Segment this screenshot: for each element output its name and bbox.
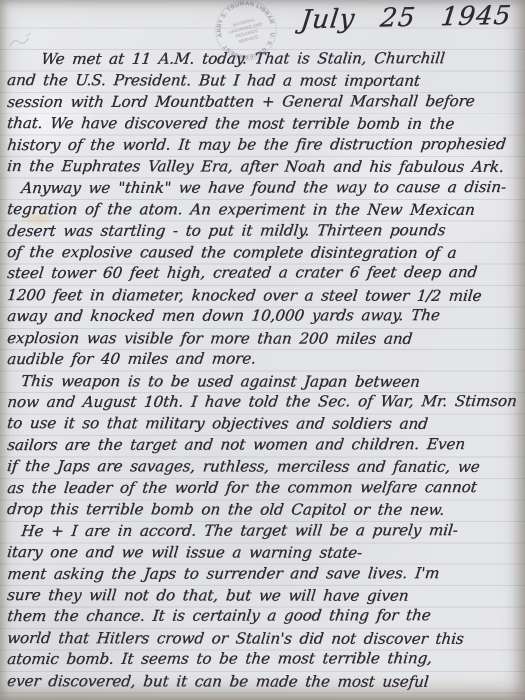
handwritten-line: and the U.S. President. But I had a most… xyxy=(6,70,521,92)
handwritten-line: in the Euphrates Valley Era, after Noah … xyxy=(6,156,521,178)
handwritten-line: ment asking the Japs to surrender and sa… xyxy=(6,562,521,585)
handwritten-line: This weapon is to be used against Japan … xyxy=(6,371,521,393)
handwritten-line: sure they will not do that, but we will … xyxy=(6,585,521,607)
handwritten-line: explosion was visible for more than 200 … xyxy=(6,328,521,350)
letter-paper: HARRY S. TRUMAN LIBRARY U. S. GOVERNMENT… xyxy=(0,0,525,700)
handwritten-line: atomic bomb. It seems to be the most ter… xyxy=(6,648,521,671)
handwritten-line: session with Lord Mountbatten + General … xyxy=(6,91,521,114)
handwritten-line: if the Japs are savages, ruthless, merci… xyxy=(6,456,521,478)
scanned-handwritten-letter: { "document": { "date": "July 25 1945", … xyxy=(0,0,525,700)
handwritten-line: steel tower 60 feet high, created a crat… xyxy=(6,262,521,285)
letter-body: We met at 11 A.M. today. That is Stalin,… xyxy=(6,49,521,692)
handwritten-line: itary one and we will issue a warning st… xyxy=(6,542,521,564)
handwritten-line: as the leader of the world for the commo… xyxy=(6,477,521,500)
handwritten-line: history of the world. It may be the fire… xyxy=(6,134,521,157)
handwritten-line: audible for 40 miles and more. xyxy=(6,348,521,371)
handwritten-line: 1200 feet in diameter, knocked over a st… xyxy=(6,285,521,307)
letter-date: July 25 1945 xyxy=(299,1,513,35)
handwritten-line: of the explosive caused the complete dis… xyxy=(6,242,521,264)
handwritten-line: that. We have discovered the most terrib… xyxy=(6,113,521,135)
handwritten-line: sailors are the target and not women and… xyxy=(6,434,521,457)
handwritten-line: He + I are in accord. The target will be… xyxy=(6,520,521,543)
handwritten-line: We met at 11 A.M. today. That is Stalin,… xyxy=(6,49,521,70)
handwritten-line: tegration of the atom. An experiment in … xyxy=(6,199,521,221)
handwritten-line: away and knocked men down 10,000 yards a… xyxy=(6,305,521,328)
handwritten-line: Anyway we "think" we have found the way … xyxy=(6,177,521,200)
handwritten-line: drop this terrible bomb on the old Capit… xyxy=(6,499,521,521)
handwritten-line: world that Hitlers crowd or Stalin's did… xyxy=(6,628,521,650)
handwritten-line: ever discovered, but it can be made the … xyxy=(6,671,521,692)
handwritten-line: desert was startling - to put it mildly.… xyxy=(6,219,521,242)
handwritten-line: them the chance. It is certainly a good … xyxy=(6,605,521,628)
handwritten-line: to use it so that military objectives an… xyxy=(6,413,521,435)
handwritten-line: now and August 10th. I have told the Sec… xyxy=(6,391,521,414)
